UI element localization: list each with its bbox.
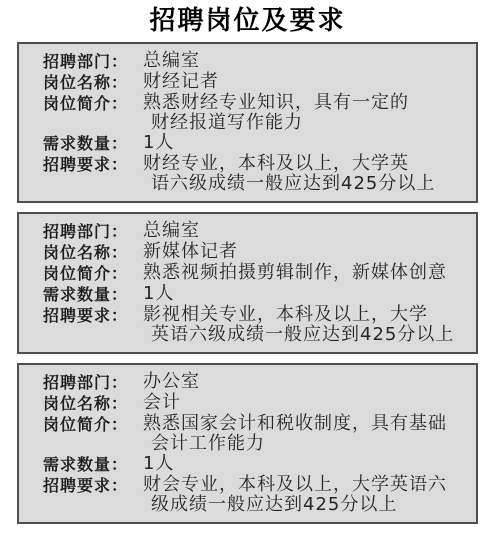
description-value: 熟悉国家会计和税收制度，具有基础 会计工作能力 <box>143 414 468 454</box>
headcount-row: 需求数量： 1人 <box>43 454 468 475</box>
position-label: 岗位名称： <box>43 242 143 263</box>
description-value: 熟悉视频拍摄剪辑制作，新媒体创意 <box>143 263 468 283</box>
description-row: 岗位简介： 熟悉财经专业知识，具有一定的 财经报道写作能力 <box>43 93 468 133</box>
position-label: 岗位名称： <box>43 72 143 93</box>
position-row: 岗位名称： 财经记者 <box>43 72 468 93</box>
description-row: 岗位简介： 熟悉国家会计和税收制度，具有基础 会计工作能力 <box>43 414 468 454</box>
requirements-label: 招聘要求： <box>43 154 143 175</box>
department-row: 招聘部门： 办公室 <box>43 372 468 393</box>
headcount-value: 1人 <box>143 133 468 153</box>
requirements-value: 财经专业，本科及以上，大学英 语六级成绩一般应达到425分以上 <box>143 154 468 194</box>
description-row: 岗位简介： 熟悉视频拍摄剪辑制作，新媒体创意 <box>43 263 468 284</box>
headcount-row: 需求数量： 1人 <box>43 133 468 154</box>
description-label: 岗位简介： <box>43 93 143 114</box>
requirements-label: 招聘要求： <box>43 305 143 326</box>
position-value: 新媒体记者 <box>143 242 468 262</box>
department-value: 总编室 <box>143 221 468 241</box>
department-label: 招聘部门： <box>43 221 143 242</box>
job-card-2: 招聘部门： 总编室 岗位名称： 新媒体记者 岗位简介： 熟悉视频拍摄剪辑制作，新… <box>17 212 478 354</box>
headcount-label: 需求数量： <box>43 284 143 305</box>
position-value: 会计 <box>143 393 468 413</box>
requirements-label: 招聘要求： <box>43 475 143 496</box>
position-value: 财经记者 <box>143 72 468 92</box>
description-label: 岗位简介： <box>43 263 143 284</box>
requirements-row: 招聘要求： 财会专业，本科及以上，大学英语六 级成绩一般应达到425分以上 <box>43 475 468 515</box>
job-card-1: 招聘部门： 总编室 岗位名称： 财经记者 岗位简介： 熟悉财经专业知识，具有一定… <box>17 42 478 203</box>
department-row: 招聘部门： 总编室 <box>43 221 468 242</box>
position-row: 岗位名称： 会计 <box>43 393 468 414</box>
requirements-value: 财会专业，本科及以上，大学英语六 级成绩一般应达到425分以上 <box>143 475 468 515</box>
department-value: 总编室 <box>143 51 468 71</box>
job-card-3: 招聘部门： 办公室 岗位名称： 会计 岗位简介： 熟悉国家会计和税收制度，具有基… <box>17 363 478 524</box>
department-label: 招聘部门： <box>43 372 143 393</box>
department-label: 招聘部门： <box>43 51 143 72</box>
description-value: 熟悉财经专业知识，具有一定的 财经报道写作能力 <box>143 93 468 133</box>
headcount-label: 需求数量： <box>43 133 143 154</box>
department-value: 办公室 <box>143 372 468 392</box>
headcount-value: 1人 <box>143 284 468 304</box>
headcount-row: 需求数量： 1人 <box>43 284 468 305</box>
position-row: 岗位名称： 新媒体记者 <box>43 242 468 263</box>
requirements-row: 招聘要求： 财经专业，本科及以上，大学英 语六级成绩一般应达到425分以上 <box>43 154 468 194</box>
headcount-label: 需求数量： <box>43 454 143 475</box>
department-row: 招聘部门： 总编室 <box>43 51 468 72</box>
requirements-row: 招聘要求： 影视相关专业，本科及以上，大学 英语六级成绩一般应达到425分以上 <box>43 305 468 345</box>
description-label: 岗位简介： <box>43 414 143 435</box>
page-title: 招聘岗位及要求 <box>0 6 495 37</box>
requirements-value: 影视相关专业，本科及以上，大学 英语六级成绩一般应达到425分以上 <box>143 305 468 345</box>
position-label: 岗位名称： <box>43 393 143 414</box>
headcount-value: 1人 <box>143 454 468 474</box>
